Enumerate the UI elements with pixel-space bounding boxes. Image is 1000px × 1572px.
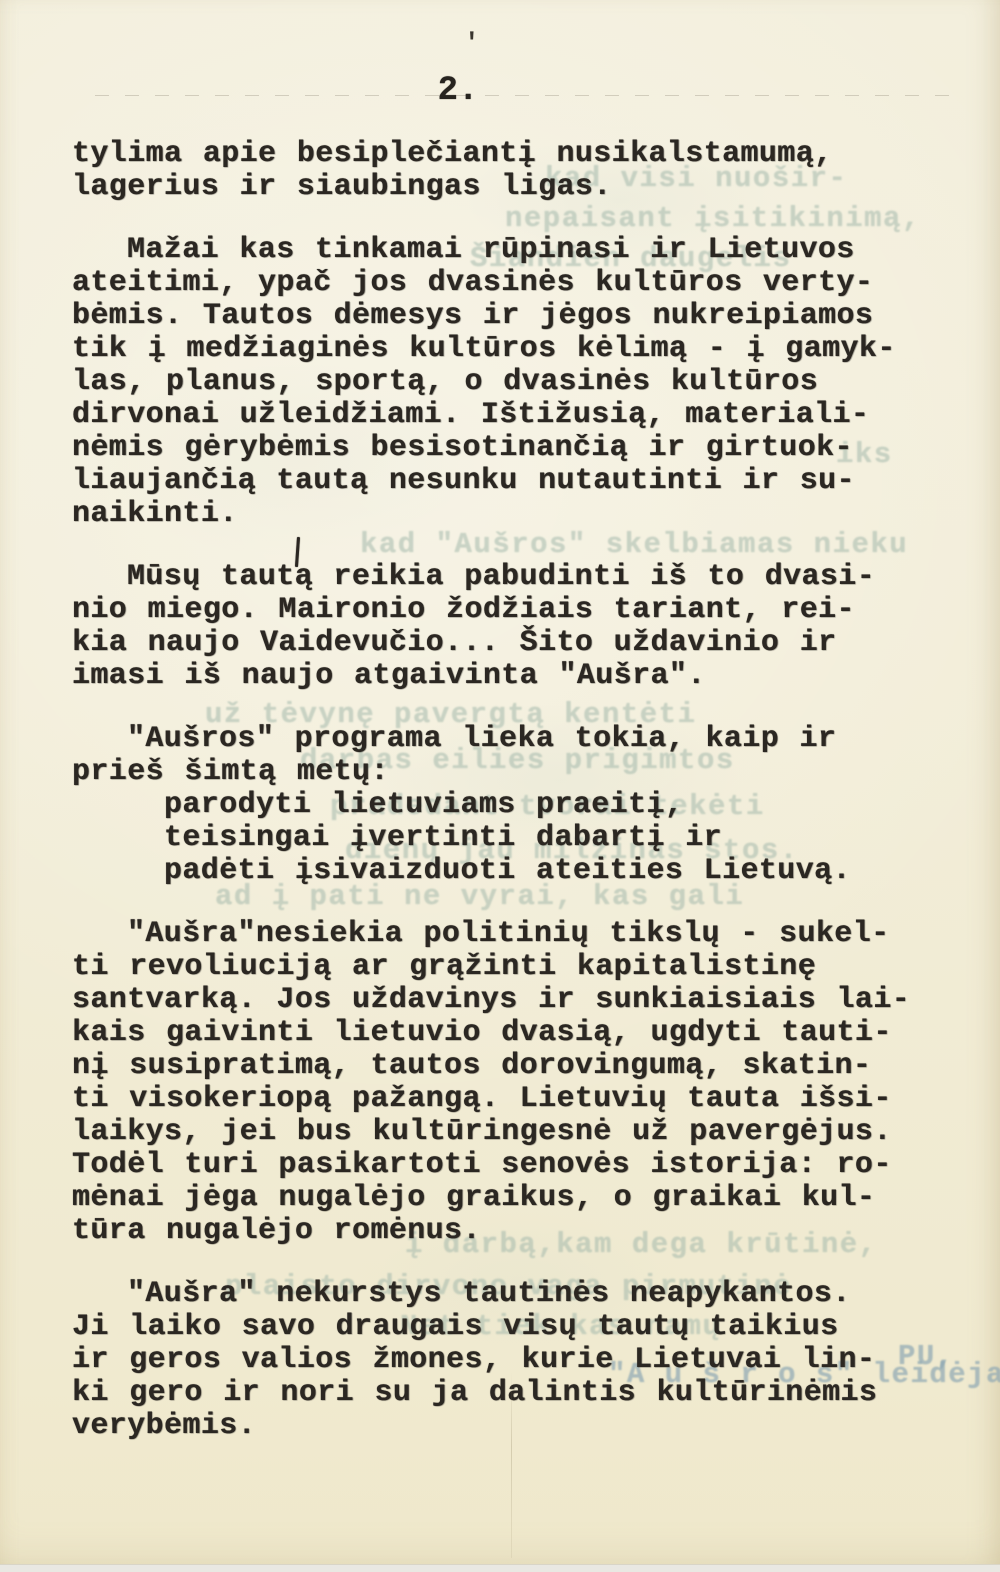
text-line: tūra nugalėjo romėnus. — [72, 1215, 932, 1248]
paragraph: "Aušros" programa lieka tokia, kaip irpr… — [72, 723, 932, 888]
paper-crease — [511, 1372, 512, 1558]
paragraph: Mūsų tautą reikia pabudinti iš to dvasi-… — [72, 561, 932, 693]
scanned-document-page: kad visi nuošir-nepaisant įsitikinimą,Ši… — [0, 0, 1000, 1572]
text-line: ti revoliuciją ar grąžinti kapitalistinę — [72, 951, 932, 984]
text-line: las, planus, sportą, o dvasinės kultūros — [72, 366, 932, 399]
text-line: mėnai jėga nugalėjo graikus, o graikai k… — [72, 1182, 932, 1215]
text-line: tik į medžiaginės kultūros kėlimą - į ga… — [72, 333, 932, 366]
text-line: verybėmis. — [72, 1410, 932, 1443]
paragraph: Mažai kas tinkamai rūpinasi ir Lietuvosa… — [72, 234, 932, 531]
paragraph: tylima apie besiplečiantį nusikalstamumą… — [72, 138, 932, 204]
text-line: ti visokeriopą pažangą. Lietuvių tauta i… — [72, 1083, 932, 1116]
text-line: kia naujo Vaidevučio... Šito uždavinio i… — [72, 627, 932, 660]
text-line: liaujančią tautą nesunku nutautinti ir s… — [72, 465, 932, 498]
text-line: prieš šimtą metų: — [72, 756, 932, 789]
text-line: lagerius ir siaubingas ligas. — [72, 171, 932, 204]
text-line: ir geros valios žmones, kurie Lietuvai l… — [72, 1344, 932, 1377]
text-line: "Aušra" nekurstys tautinės neapykantos. — [72, 1278, 932, 1311]
text-line: Todėl turi pasikartoti senovės istorija:… — [72, 1149, 932, 1182]
text-line: "Aušra"nesiekia politinių tikslų - sukel… — [72, 918, 932, 951]
paragraph: "Aušra"nesiekia politinių tikslų - sukel… — [72, 918, 932, 1248]
stray-ink-mark: ' — [464, 28, 480, 58]
page-bottom-edge — [0, 1564, 1000, 1572]
paragraph: "Aušra" nekurstys tautinės neapykantos.J… — [72, 1278, 932, 1443]
text-line: dirvonai užleidžiami. Ištižusią, materia… — [72, 399, 932, 432]
text-line: padėti įsivaizduoti ateities Lietuvą. — [72, 855, 932, 888]
text-line: parodyti lietuviams praeitį, — [72, 789, 932, 822]
text-line: Mažai kas tinkamai rūpinasi ir Lietuvos — [72, 234, 932, 267]
text-line: nėmis gėrybėmis besisotinančią ir girtuo… — [72, 432, 932, 465]
text-line: nio miego. Maironio žodžiais tariant, re… — [72, 594, 932, 627]
text-line: santvarką. Jos uždavinys ir sunkiaisiais… — [72, 984, 932, 1017]
text-line: naikinti. — [72, 498, 932, 531]
typewritten-body: tylima apie besiplečiantį nusikalstamumą… — [72, 138, 932, 1443]
text-line: nį susipratimą, tautos dorovingumą, skat… — [72, 1050, 932, 1083]
text-line: laikys, jei bus kultūringesnė už pavergė… — [72, 1116, 932, 1149]
text-line: Mūsų tautą reikia pabudinti iš to dvasi- — [72, 561, 932, 594]
text-line: tylima apie besiplečiantį nusikalstamumą… — [72, 138, 932, 171]
text-line: teisingai įvertinti dabartį ir — [72, 822, 932, 855]
text-line: kais gaivinti lietuvio dvasią, ugdyti ta… — [72, 1017, 932, 1050]
text-line: Ji laiko savo draugais visų tautų taikiu… — [72, 1311, 932, 1344]
text-line: "Aušros" programa lieka tokia, kaip ir — [72, 723, 932, 756]
text-line: bėmis. Tautos dėmesys ir jėgos nukreipia… — [72, 300, 932, 333]
text-line: ki gero ir nori su ja dalintis kultūrinė… — [72, 1377, 932, 1410]
page-number: 2. — [0, 72, 958, 110]
text-line: imasi iš naujo atgaivinta "Aušra". — [72, 660, 932, 693]
text-line: ateitimi, ypač jos dvasinės kultūros ver… — [72, 267, 932, 300]
